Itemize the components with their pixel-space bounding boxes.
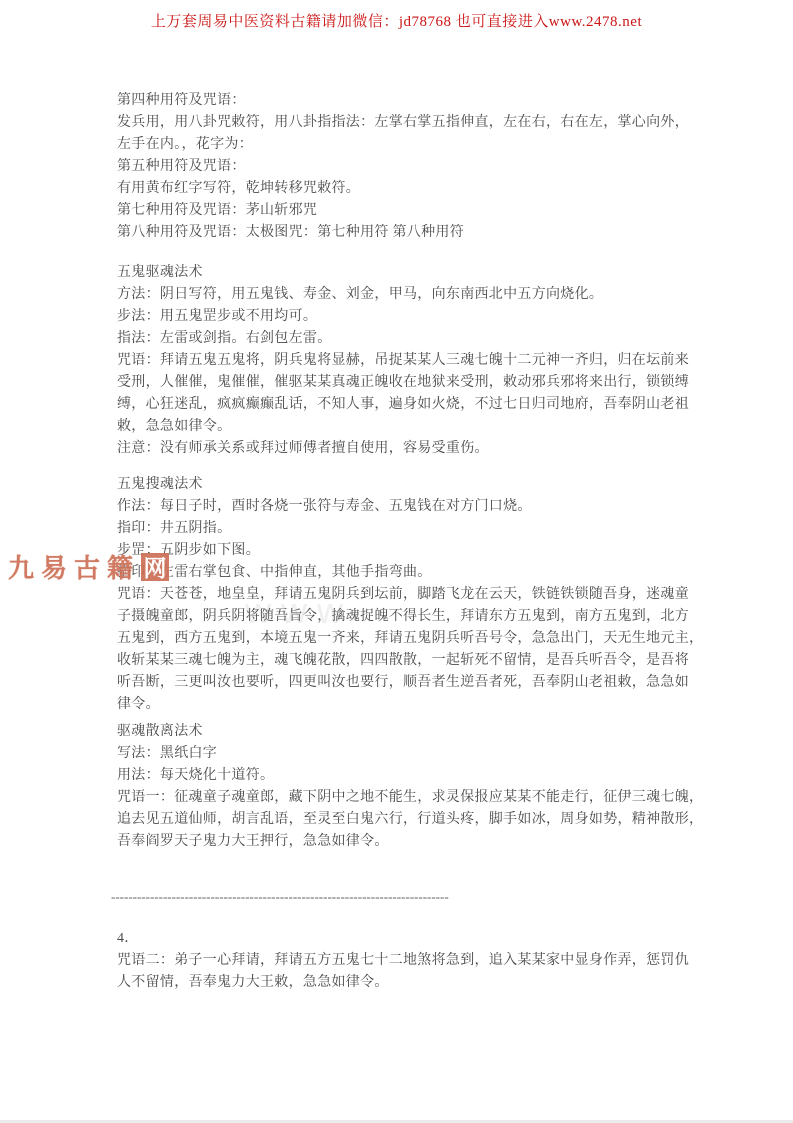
text-line: 子摄魄童郎，阴兵阴将随吾旨令，擒魂捉魄不得长生，拜请东方五鬼到，南方五鬼到，北方 xyxy=(117,606,681,628)
text-line: 写法：黑纸白字 xyxy=(117,743,681,765)
text-line: 吾奉阎罗天子鬼力大王押行，急急如律令。 xyxy=(117,831,681,853)
site-logo-badge: 网 xyxy=(141,553,169,581)
section-title-line: 驱魂散离法术 xyxy=(117,721,681,743)
section-title-line: 第四种用符及咒语： xyxy=(117,90,681,112)
faint-url-watermark: www xyxy=(245,590,353,632)
text-line: 第八种用符及咒语：太极图咒：第七种用符 第八种用符 xyxy=(117,222,681,244)
text-line: 律令。 xyxy=(117,694,681,716)
text-line: 第七种用符及咒语：茅山斩邪咒 xyxy=(117,200,681,222)
text-line: 人不留情，吾奉鬼力大王敕，急急如律令。 xyxy=(117,972,681,994)
section-quhun-sanli: 驱魂散离法术 写法：黑纸白字 用法：每天烧化十道符。 咒语一：征魂童子魂童郎，藏… xyxy=(117,721,681,853)
text-line: 作法：每日子时，酉时各烧一张符与寿金、五鬼钱在对方门口烧。 xyxy=(117,496,681,518)
text-line: 注意：没有师承关系或拜过师傅者擅自使用，容易受重伤。 xyxy=(117,438,681,460)
item-number: 4． xyxy=(117,928,681,950)
text-line: 步法：用五鬼罡步或不用均可。 xyxy=(117,306,681,328)
text-line: 咒语：天苍苍，地皇皇，拜请五鬼阴兵到坛前，脚踏飞龙在云天，铁链铁锁随吾身，迷魂童 xyxy=(117,584,681,606)
text-line: 有用黄布红字写符，乾坤转移咒敕符。 xyxy=(117,178,681,200)
section-wugui-quhun: 五鬼驱魂法术 方法：阴日写符，用五鬼钱、寿金、刘金，甲马，向东南西北中五方向烧化… xyxy=(117,262,681,460)
text-line: 五鬼到，西方五鬼到，本境五鬼一齐来，拜请五鬼阴兵听吾号令，急急出门，天无生地元主… xyxy=(117,628,681,650)
text-line: 咒语二：弟子一心拜请，拜请五方五鬼七十二地煞将急到，追入某某家中显身作弄，惩罚仇 xyxy=(117,950,681,972)
text-line: 发兵用，用八卦咒敕符，用八卦指指法：左掌右掌五指伸直，左在右，右在左，掌心向外， xyxy=(117,112,681,134)
text-line: 咒语：拜请五鬼五鬼将，阴兵鬼将显赫，吊捉某某人三魂七魄十二元神一齐归，归在坛前来 xyxy=(117,350,681,372)
text-line: 敕，急急如律令。 xyxy=(117,416,681,438)
text-line: 指印：井五阴指。 xyxy=(117,518,681,540)
dashed-divider: ----------------------------------------… xyxy=(111,890,675,904)
text-line: 指法：左雷或剑指。右剑包左雷。 xyxy=(117,328,681,350)
site-logo-watermark: 九易古籍 网 xyxy=(0,548,169,585)
section-title-line: 五鬼驱魂法术 xyxy=(117,262,681,284)
footer-section: 4． 咒语二：弟子一心拜请，拜请五方五鬼七十二地煞将急到，追入某某家中显身作弄，… xyxy=(117,928,681,994)
text-line: 掐印：左雷右掌包食、中指伸直，其他手指弯曲。 xyxy=(117,562,681,584)
text-line: 听吾断，三更叫汝也要听，四更叫汝也要行，顺吾者生逆吾者死，吾奉阴山老祖敕，急急如 xyxy=(117,672,681,694)
text-line: 受刑，人催催，鬼催催，催驱某某真魂正魄收在地狱来受刑，敕动邪兵邪将来出行，锁锁缚 xyxy=(117,372,681,394)
text-line: 步罡：五阴步如下图。 xyxy=(117,540,681,562)
text-line: 咒语一：征魂童子魂童郎，藏下阴中之地不能生，求灵保报应某某不能走行，征伊三魂七魄… xyxy=(117,787,681,809)
section-talismans: 第四种用符及咒语： 发兵用，用八卦咒敕符，用八卦指指法：左掌右掌五指伸直，左在右… xyxy=(117,90,681,244)
text-line: 追去见五道仙师，胡言乱语，至灵至白鬼六行，行道头疼，脚手如冰，周身如势，精神散形… xyxy=(117,809,681,831)
text-line: 方法：阴日写符，用五鬼钱、寿金、刘金，甲马，向东南西北中五方向烧化。 xyxy=(117,284,681,306)
text-line: 收斩某某三魂七魄为主，魂飞魄花散，四四散散，一起斩死不留情，是吾兵听吾令，是吾将 xyxy=(117,650,681,672)
text-line: 第五种用符及咒语： xyxy=(117,156,681,178)
site-logo-text: 九易古籍 xyxy=(0,548,140,585)
header-contact-banner: 上万套周易中医资料古籍请加微信：jd78768 也可直接进入www.2478.n… xyxy=(0,10,793,31)
text-line: 缚，心狂迷乱，疯疯癫癫乱话，不知人事，遍身如火烧，不过七日归司地府，吾奉阴山老祖 xyxy=(117,394,681,416)
text-line: 用法：每天烧化十道符。 xyxy=(117,765,681,787)
section-wugui-souhun: 五鬼搜魂法术 作法：每日子时，酉时各烧一张符与寿金、五鬼钱在对方门口烧。 指印：… xyxy=(117,474,681,716)
text-line: 左手在内。，花字为： xyxy=(117,134,681,156)
section-title-line: 五鬼搜魂法术 xyxy=(117,474,681,496)
